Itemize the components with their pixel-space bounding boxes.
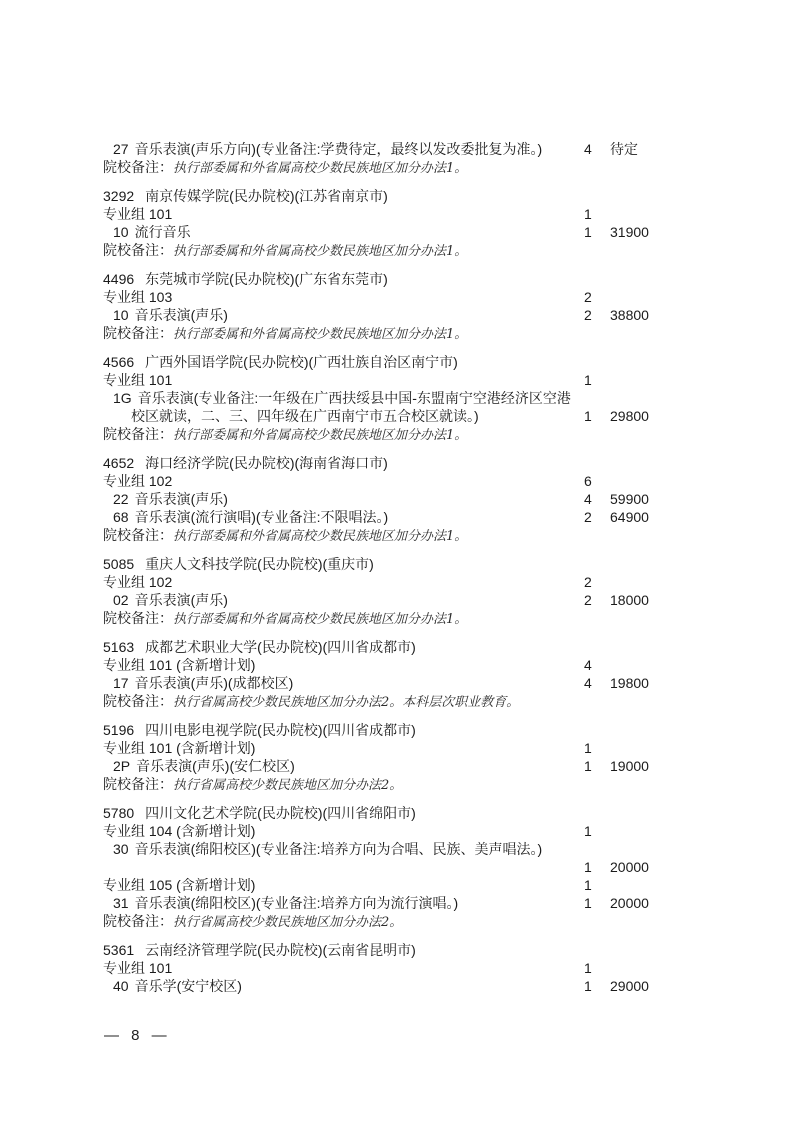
remark-row: 院校备注：执行省属高校少数民族地区加分办法2。 xyxy=(103,775,690,795)
college-section: 3292南京传媒学院(民办院校)(江苏省南京市) 专业组 101 1 10流行音… xyxy=(103,187,690,261)
remark-label: 院校备注： xyxy=(103,325,173,341)
major-title: 40音乐学(安宁校区) xyxy=(103,977,580,995)
major-group-label: 专业组 102 xyxy=(103,573,580,591)
major-tuition: 64900 xyxy=(610,508,690,526)
college-header: 5196四川电影电视学院(民办院校)(四川省成都市) xyxy=(103,721,580,739)
college-name: 南京传媒学院(民办院校)(江苏省南京市) xyxy=(145,188,388,204)
major-row: 1G音乐表演(专业备注:一年级在广西扶绥县中国-东盟南宁空港经济区空港校区就读，… xyxy=(103,389,690,425)
college-section: 5163成都艺术职业大学(民办院校)(四川省成都市) 专业组 101 (含新增计… xyxy=(103,638,690,712)
page-number: — 8 — xyxy=(104,1027,169,1044)
major-plan-count: 2 xyxy=(580,591,610,609)
remark-text: 院校备注：执行部委属和外省属高校少数民族地区加分办法1。 xyxy=(103,425,580,445)
remark-label: 院校备注： xyxy=(103,426,173,442)
college-name: 四川电影电视学院(民办院校)(四川省成都市) xyxy=(145,722,416,738)
college-code: 5085 xyxy=(103,556,134,572)
major-group-row: 专业组 102 2 xyxy=(103,573,690,591)
remark-text: 院校备注：执行省属高校少数民族地区加分办法2。本科层次职业教育。 xyxy=(103,692,580,712)
college-header-row: 5196四川电影电视学院(民办院校)(四川省成都市) xyxy=(103,721,690,739)
remark-body: 执行部委属和外省属高校少数民族地区加分办法1。 xyxy=(173,161,467,176)
major-group-row: 专业组 105 (含新增计划) 1 xyxy=(103,876,690,894)
major-plan-count: 1 xyxy=(580,977,610,995)
remark-row: 院校备注：执行省属高校少数民族地区加分办法2。 xyxy=(103,912,690,932)
remark-text: 院校备注：执行部委属和外省属高校少数民族地区加分办法1。 xyxy=(103,158,580,178)
major-name: 音乐表演(声乐方向)(专业备注:学费待定，最终以发改委批复为准。) xyxy=(135,141,543,157)
remark-row: 院校备注：执行省属高校少数民族地区加分办法2。本科层次职业教育。 xyxy=(103,692,690,712)
major-values-overflow-row: 1 20000 xyxy=(103,858,690,876)
major-row: 17音乐表演(声乐)(成都校区) 4 19800 xyxy=(103,674,690,692)
remark-text: 院校备注：执行部委属和外省属高校少数民族地区加分办法1。 xyxy=(103,526,580,546)
major-group-label: 专业组 101 (含新增计划) xyxy=(103,739,580,757)
college-header: 3292南京传媒学院(民办院校)(江苏省南京市) xyxy=(103,187,580,205)
major-group-count: 1 xyxy=(580,205,610,223)
college-section: 5085重庆人文科技学院(民办院校)(重庆市) 专业组 102 2 02音乐表演… xyxy=(103,555,690,629)
major-code: 02 xyxy=(113,592,129,608)
major-tuition: 待定 xyxy=(610,140,690,158)
remark-text: 院校备注：执行省属高校少数民族地区加分办法2。 xyxy=(103,912,580,932)
college-code: 3292 xyxy=(103,188,134,204)
major-title: 30音乐表演(绵阳校区)(专业备注:培养方向为合唱、民族、美声唱法。) xyxy=(103,840,580,858)
major-group-count: 4 xyxy=(580,656,610,674)
major-tuition: 20000 xyxy=(610,894,690,912)
college-name: 广西外国语学院(民办院校)(广西壮族自治区南宁市) xyxy=(145,354,458,370)
major-row: 40音乐学(安宁校区) 1 29000 xyxy=(103,977,690,995)
college-name: 重庆人文科技学院(民办院校)(重庆市) xyxy=(145,556,374,572)
remark-label: 院校备注： xyxy=(103,242,173,258)
college-header-row: 4566广西外国语学院(民办院校)(广西壮族自治区南宁市) xyxy=(103,353,690,371)
remark-text: 院校备注：执行部委属和外省属高校少数民族地区加分办法1。 xyxy=(103,609,580,629)
major-plan-count: 2 xyxy=(580,508,610,526)
major-row: 68音乐表演(流行演唱)(专业备注:不限唱法。) 2 64900 xyxy=(103,508,690,526)
college-name: 成都艺术职业大学(民办院校)(四川省成都市) xyxy=(145,639,416,655)
college-code: 4496 xyxy=(103,271,134,287)
remark-row: 院校备注：执行部委属和外省属高校少数民族地区加分办法1。 xyxy=(103,241,690,261)
major-code: 10 xyxy=(113,307,129,323)
major-plan-count: 1 xyxy=(580,223,610,241)
major-plan-count: 1 xyxy=(580,407,610,425)
major-tuition: 59900 xyxy=(610,490,690,508)
major-tuition: 31900 xyxy=(610,223,690,241)
college-name: 东莞城市学院(民办院校)(广东省东莞市) xyxy=(145,271,388,287)
major-group-label: 专业组 104 (含新增计划) xyxy=(103,822,580,840)
major-row: 31音乐表演(绵阳校区)(专业备注:培养方向为流行演唱。) 1 20000 xyxy=(103,894,690,912)
major-group-label: 专业组 102 xyxy=(103,472,580,490)
college-code: 5196 xyxy=(103,722,134,738)
college-section: 4496东莞城市学院(民办院校)(广东省东莞市) 专业组 103 2 10音乐表… xyxy=(103,270,690,344)
major-group-label: 专业组 103 xyxy=(103,288,580,306)
major-name: 音乐表演(流行演唱)(专业备注:不限唱法。) xyxy=(135,509,389,525)
major-group-count: 1 xyxy=(580,876,610,894)
major-code: 27 xyxy=(113,141,129,157)
college-header-row: 5361云南经济管理学院(民办院校)(云南省昆明市) xyxy=(103,941,690,959)
major-title: 68音乐表演(流行演唱)(专业备注:不限唱法。) xyxy=(103,508,580,526)
major-title: 17音乐表演(声乐)(成都校区) xyxy=(103,674,580,692)
major-code: 2P xyxy=(113,758,130,774)
college-header: 5085重庆人文科技学院(民办院校)(重庆市) xyxy=(103,555,580,573)
college-header: 4652海口经济学院(民办院校)(海南省海口市) xyxy=(103,454,580,472)
major-row: 10音乐表演(声乐) 2 38800 xyxy=(103,306,690,324)
college-section: 5780四川文化艺术学院(民办院校)(四川省绵阳市) 专业组 104 (含新增计… xyxy=(103,804,690,932)
major-title: 2P音乐表演(声乐)(安仁校区) xyxy=(103,757,580,775)
college-header: 5163成都艺术职业大学(民办院校)(四川省成都市) xyxy=(103,638,580,656)
college-header-row: 4652海口经济学院(民办院校)(海南省海口市) xyxy=(103,454,690,472)
remark-label: 院校备注： xyxy=(103,693,173,709)
major-row: 27音乐表演(声乐方向)(专业备注:学费待定，最终以发改委批复为准。) 4 待定 xyxy=(103,140,690,158)
remark-body: 执行部委属和外省属高校少数民族地区加分办法1。 xyxy=(173,244,467,259)
remark-body: 执行省属高校少数民族地区加分办法2。 xyxy=(173,915,402,930)
major-code: 40 xyxy=(113,978,129,994)
major-group-label: 专业组 101 (含新增计划) xyxy=(103,656,580,674)
college-section: 4566广西外国语学院(民办院校)(广西壮族自治区南宁市) 专业组 101 1 … xyxy=(103,353,690,445)
remark-body: 执行部委属和外省属高校少数民族地区加分办法1。 xyxy=(173,428,467,443)
remark-body: 执行部委属和外省属高校少数民族地区加分办法1。 xyxy=(173,612,467,627)
college-section: 5196四川电影电视学院(民办院校)(四川省成都市) 专业组 101 (含新增计… xyxy=(103,721,690,795)
college-header: 4566广西外国语学院(民办院校)(广西壮族自治区南宁市) xyxy=(103,353,580,371)
major-code: 17 xyxy=(113,675,129,691)
major-group-count: 6 xyxy=(580,472,610,490)
major-title: 1G音乐表演(专业备注:一年级在广西扶绥县中国-东盟南宁空港经济区空港校区就读，… xyxy=(103,389,580,425)
major-group-row: 专业组 103 2 xyxy=(103,288,690,306)
major-group-label: 专业组 105 (含新增计划) xyxy=(103,876,580,894)
major-tuition: 18000 xyxy=(610,591,690,609)
major-group-count: 1 xyxy=(580,822,610,840)
major-plan-count: 4 xyxy=(580,490,610,508)
remark-text: 院校备注：执行部委属和外省属高校少数民族地区加分办法1。 xyxy=(103,324,580,344)
major-plan-count: 2 xyxy=(580,306,610,324)
major-code: 68 xyxy=(113,509,129,525)
college-code: 4652 xyxy=(103,455,134,471)
remark-text: 院校备注：执行省属高校少数民族地区加分办法2。 xyxy=(103,775,580,795)
remark-label: 院校备注： xyxy=(103,527,173,543)
remark-label: 院校备注： xyxy=(103,776,173,792)
major-title: 10流行音乐 xyxy=(103,223,580,241)
remark-text: 院校备注：执行部委属和外省属高校少数民族地区加分办法1。 xyxy=(103,241,580,261)
major-group-count: 1 xyxy=(580,739,610,757)
college-header-row: 4496东莞城市学院(民办院校)(广东省东莞市) xyxy=(103,270,690,288)
college-code: 5361 xyxy=(103,942,134,958)
remark-body: 执行省属高校少数民族地区加分办法2。本科层次职业教育。 xyxy=(173,695,519,710)
remark-row: 院校备注：执行部委属和外省属高校少数民族地区加分办法1。 xyxy=(103,158,690,178)
major-group-row: 专业组 104 (含新增计划) 1 xyxy=(103,822,690,840)
major-group-count: 1 xyxy=(580,371,610,389)
major-tuition: 19800 xyxy=(610,674,690,692)
major-code: 31 xyxy=(113,895,129,911)
college-header-row: 5163成都艺术职业大学(民办院校)(四川省成都市) xyxy=(103,638,690,656)
major-row: 02音乐表演(声乐) 2 18000 xyxy=(103,591,690,609)
major-name: 音乐表演(专业备注:一年级在广西扶绥县中国-东盟南宁空港经济区空港校区就读，二、… xyxy=(131,390,571,424)
major-row: 30音乐表演(绵阳校区)(专业备注:培养方向为合唱、民族、美声唱法。) xyxy=(103,840,690,858)
college-code: 4566 xyxy=(103,354,134,370)
major-code: 22 xyxy=(113,491,129,507)
major-plan-count: 1 xyxy=(580,858,610,876)
college-header: 5361云南经济管理学院(民办院校)(云南省昆明市) xyxy=(103,941,580,959)
major-code: 1G xyxy=(113,390,132,406)
major-name: 流行音乐 xyxy=(135,224,191,240)
college-name: 四川文化艺术学院(民办院校)(四川省绵阳市) xyxy=(145,805,416,821)
major-tuition: 29000 xyxy=(610,977,690,995)
major-title: 31音乐表演(绵阳校区)(专业备注:培养方向为流行演唱。) xyxy=(103,894,580,912)
remark-label: 院校备注： xyxy=(103,159,173,175)
college-code: 5780 xyxy=(103,805,134,821)
major-plan-count: 4 xyxy=(580,140,610,158)
document-page: 27音乐表演(声乐方向)(专业备注:学费待定，最终以发改委批复为准。) 4 待定… xyxy=(0,0,793,1122)
major-title: 27音乐表演(声乐方向)(专业备注:学费待定，最终以发改委批复为准。) xyxy=(103,140,580,158)
major-name: 音乐表演(声乐) xyxy=(135,491,228,507)
college-code: 5163 xyxy=(103,639,134,655)
major-group-row: 专业组 101 1 xyxy=(103,205,690,223)
major-tuition: 19000 xyxy=(610,757,690,775)
major-code: 10 xyxy=(113,224,129,240)
major-title: 02音乐表演(声乐) xyxy=(103,591,580,609)
college-header-row: 5780四川文化艺术学院(民办院校)(四川省绵阳市) xyxy=(103,804,690,822)
college-section: 5361云南经济管理学院(民办院校)(云南省昆明市) 专业组 101 1 40音… xyxy=(103,941,690,995)
major-group-label: 专业组 101 xyxy=(103,205,580,223)
major-name: 音乐表演(声乐)(安仁校区) xyxy=(136,758,295,774)
major-group-label: 专业组 101 xyxy=(103,371,580,389)
major-row: 2P音乐表演(声乐)(安仁校区) 1 19000 xyxy=(103,757,690,775)
college-section: 4652海口经济学院(民办院校)(海南省海口市) 专业组 102 6 22音乐表… xyxy=(103,454,690,546)
major-name: 音乐学(安宁校区) xyxy=(135,978,242,994)
major-plan-count: 1 xyxy=(580,757,610,775)
remark-body: 执行省属高校少数民族地区加分办法2。 xyxy=(173,778,402,793)
major-title: 10音乐表演(声乐) xyxy=(103,306,580,324)
college-name: 云南经济管理学院(民办院校)(云南省昆明市) xyxy=(145,942,416,958)
major-plan-count: 1 xyxy=(580,894,610,912)
major-group-count: 2 xyxy=(580,573,610,591)
major-row: 22音乐表演(声乐) 4 59900 xyxy=(103,490,690,508)
major-plan-count: 4 xyxy=(580,674,610,692)
major-group-count: 1 xyxy=(580,959,610,977)
major-group-count: 2 xyxy=(580,288,610,306)
major-code: 30 xyxy=(113,841,129,857)
remark-label: 院校备注： xyxy=(103,610,173,626)
remark-row: 院校备注：执行部委属和外省属高校少数民族地区加分办法1。 xyxy=(103,425,690,445)
major-group-row: 专业组 101 (含新增计划) 1 xyxy=(103,739,690,757)
remark-row: 院校备注：执行部委属和外省属高校少数民族地区加分办法1。 xyxy=(103,324,690,344)
major-name: 音乐表演(声乐)(成都校区) xyxy=(135,675,294,691)
major-row: 10流行音乐 1 31900 xyxy=(103,223,690,241)
major-name: 音乐表演(声乐) xyxy=(135,592,228,608)
college-header: 4496东莞城市学院(民办院校)(广东省东莞市) xyxy=(103,270,580,288)
remark-label: 院校备注： xyxy=(103,913,173,929)
major-name: 音乐表演(声乐) xyxy=(135,307,228,323)
major-group-row: 专业组 101 1 xyxy=(103,959,690,977)
major-name: 音乐表演(绵阳校区)(专业备注:培养方向为流行演唱。) xyxy=(135,895,459,911)
major-tuition: 38800 xyxy=(610,306,690,324)
major-group-row: 专业组 101 1 xyxy=(103,371,690,389)
major-group-row: 专业组 102 6 xyxy=(103,472,690,490)
plan-list: 27音乐表演(声乐方向)(专业备注:学费待定，最终以发改委批复为准。) 4 待定… xyxy=(0,0,793,995)
college-header: 5780四川文化艺术学院(民办院校)(四川省绵阳市) xyxy=(103,804,580,822)
college-header-row: 5085重庆人文科技学院(民办院校)(重庆市) xyxy=(103,555,690,573)
major-group-label: 专业组 101 xyxy=(103,959,580,977)
college-header-row: 3292南京传媒学院(民办院校)(江苏省南京市) xyxy=(103,187,690,205)
major-tuition: 20000 xyxy=(610,858,690,876)
major-title: 22音乐表演(声乐) xyxy=(103,490,580,508)
major-group-row: 专业组 101 (含新增计划) 4 xyxy=(103,656,690,674)
college-section: 27音乐表演(声乐方向)(专业备注:学费待定，最终以发改委批复为准。) 4 待定… xyxy=(103,140,690,178)
remark-body: 执行部委属和外省属高校少数民族地区加分办法1。 xyxy=(173,529,467,544)
remark-row: 院校备注：执行部委属和外省属高校少数民族地区加分办法1。 xyxy=(103,526,690,546)
remark-row: 院校备注：执行部委属和外省属高校少数民族地区加分办法1。 xyxy=(103,609,690,629)
major-tuition: 29800 xyxy=(610,407,690,425)
college-name: 海口经济学院(民办院校)(海南省海口市) xyxy=(145,455,388,471)
remark-body: 执行部委属和外省属高校少数民族地区加分办法1。 xyxy=(173,327,467,342)
major-name: 音乐表演(绵阳校区)(专业备注:培养方向为合唱、民族、美声唱法。) xyxy=(135,841,543,857)
